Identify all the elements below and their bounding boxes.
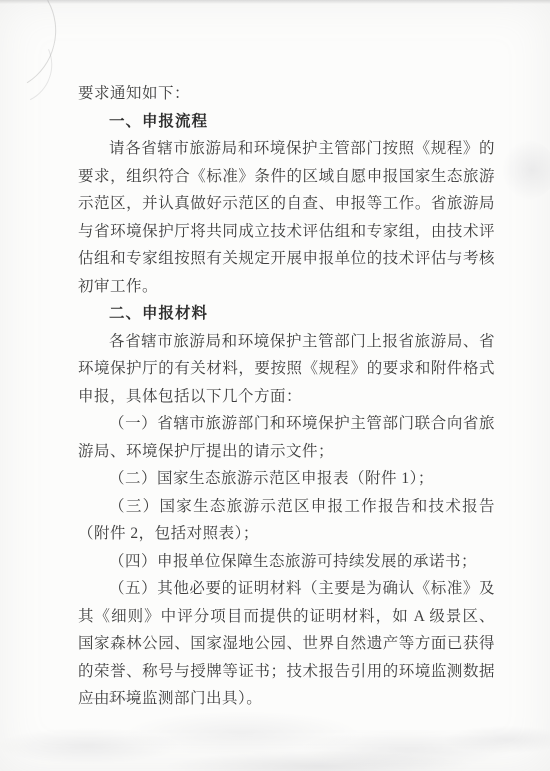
paragraph-application-process: 请各省辖市旅游局和环境保护主管部门按照《规程》的要求，组织符合《标准》条件的区域… [78, 135, 495, 300]
paragraph-item-2: （二）国家生态旅游示范区申报表（附件 1）； [78, 465, 495, 493]
paragraph-item-1: （一）省辖市旅游部门和环境保护主管部门联合向省旅游局、环境保护厅提出的请示文件； [78, 410, 495, 465]
document-page: 要求通知如下： 一、申报流程 请各省辖市旅游局和环境保护主管部门按照《规程》的要… [0, 0, 550, 771]
page-number: — 2 — [86, 690, 142, 706]
section-heading-application-materials: 二、申报材料 [78, 300, 495, 328]
scan-edge-shadow [0, 0, 550, 4]
section-heading-application-process: 一、申报流程 [78, 108, 495, 136]
paragraph-materials-intro: 各省辖市旅游局和环境保护主管部门上报省旅游局、省环境保护厅的有关材料，要按照《规… [78, 328, 495, 411]
paragraph-item-3: （三）国家生态旅游示范区申报工作报告和技术报告（附件 2，包括对照表）； [78, 493, 495, 548]
scan-artifact-smudge [496, 140, 550, 200]
paragraph-item-4: （四）申报单位保障生态旅游可持续发展的承诺书； [78, 548, 495, 576]
document-body: 要求通知如下： 一、申报流程 请各省辖市旅游局和环境保护主管部门按照《规程》的要… [78, 80, 495, 713]
paragraph-continuation: 要求通知如下： [78, 80, 495, 108]
